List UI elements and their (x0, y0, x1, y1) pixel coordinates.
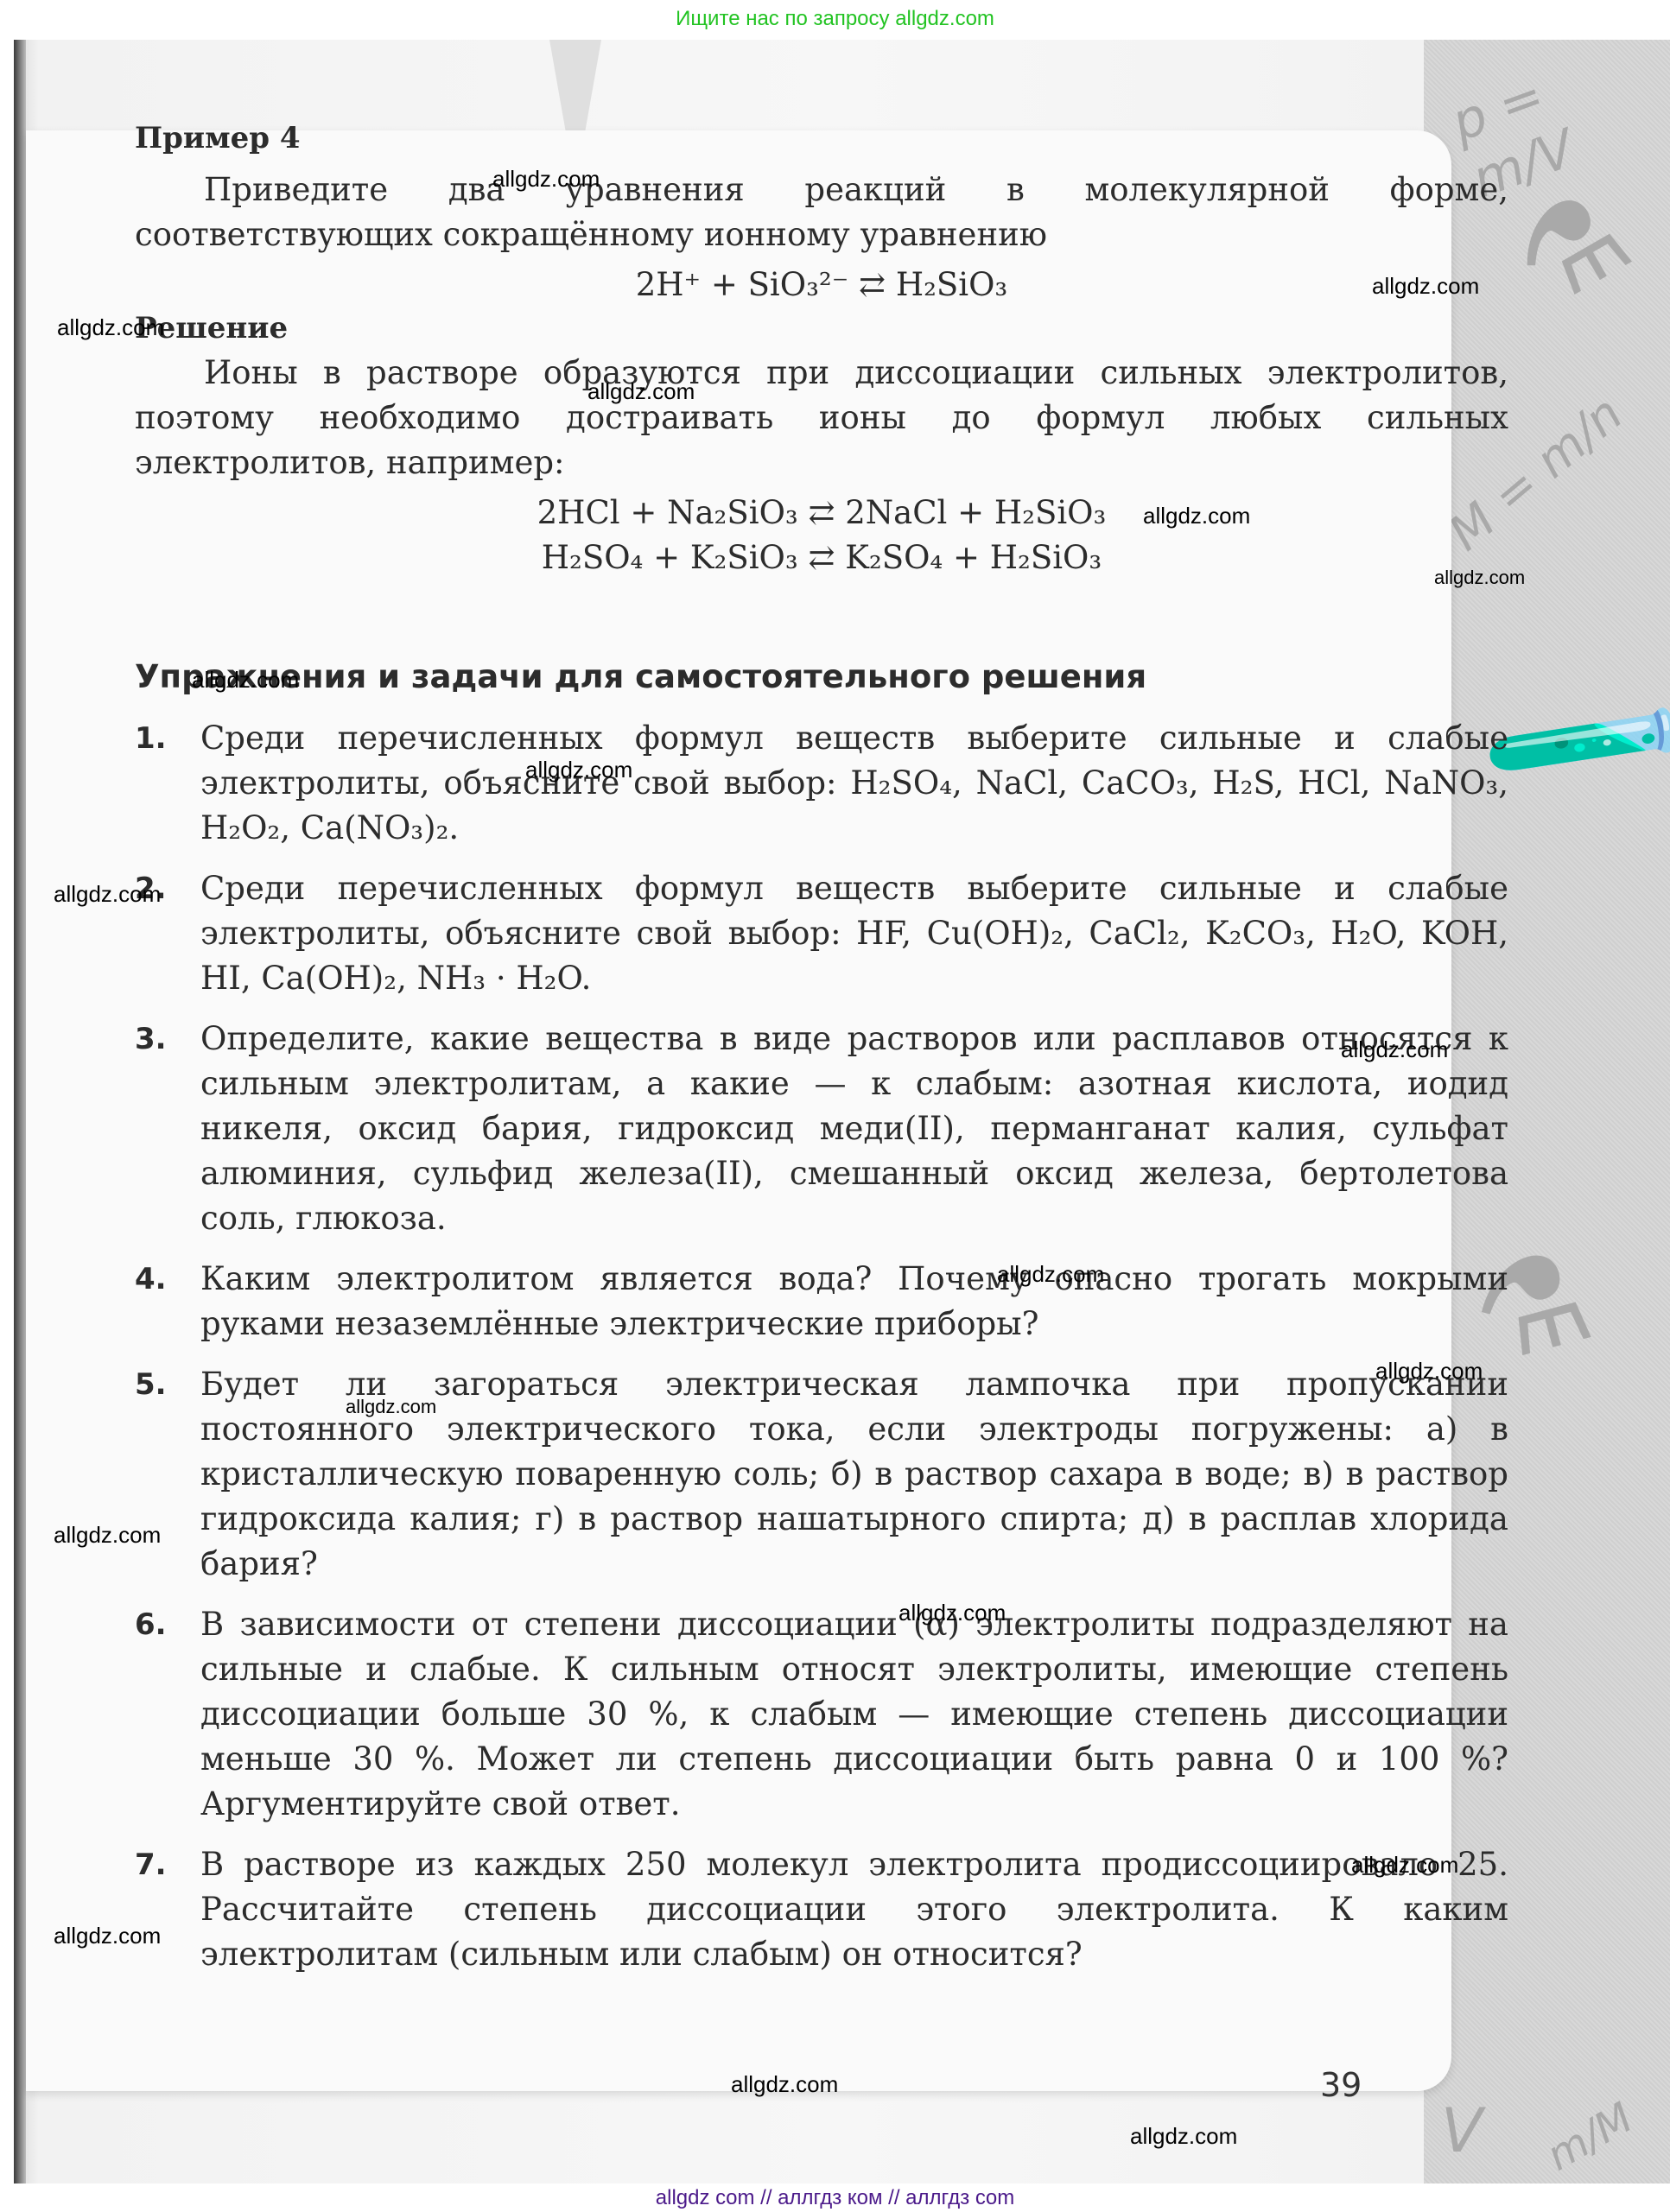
top-search-banner: Ищите нас по запросу allgdz.com (0, 0, 1670, 38)
watermark: allgdz.com (587, 378, 695, 405)
page-text: Пример 4 Приведите два уравнения реакций… (135, 121, 1508, 1993)
exercise-number: 1. (135, 716, 200, 851)
exercise-item: 7. В растворе из каждых 250 молекул элек… (135, 1842, 1508, 1977)
top-banner-text: Ищите нас по запросу allgdz.com (676, 7, 994, 30)
exercise-item: 3. Определите, какие вещества в виде рас… (135, 1017, 1508, 1241)
watermark: allgdz.com (1375, 1358, 1483, 1385)
ionic-equation: 2H⁺ + SiO₃²⁻ ⇄ H₂SiO₃ (135, 263, 1508, 307)
exercise-text: Среди перечисленных формул веществ выбер… (200, 866, 1508, 1001)
watermark: allgdz.com (192, 667, 299, 694)
volume-decoration: V (1441, 2095, 1483, 2166)
exercise-text: В зависимости от степени диссоциации (α)… (200, 1602, 1508, 1827)
bottom-banner-text: allgdz com // аллгдз ком // аллгдз com (656, 2186, 1014, 2209)
exercise-text: Среди перечисленных формул веществ выбер… (200, 716, 1508, 851)
exercise-text: В растворе из каждых 250 молекул электро… (200, 1842, 1508, 1977)
exercise-number: 6. (135, 1602, 200, 1827)
page-number: 39 (1320, 2066, 1362, 2104)
watermark: allgdz.com (898, 1600, 1006, 1626)
watermark: allgdz.com (346, 1396, 436, 1418)
molecular-equation-1: 2HCl + Na₂SiO₃ ⇄ 2NaCl + H₂SiO₃ (135, 491, 1508, 536)
watermark: allgdz.com (1372, 273, 1479, 300)
watermark: allgdz.com (54, 1923, 161, 1949)
exercises-title: Упражнения и задачи для самостоятельного… (135, 658, 1508, 695)
watermark: allgdz.com (492, 166, 600, 193)
watermark: allgdz.com (731, 2071, 838, 2098)
watermark: allgdz.com (1143, 503, 1250, 529)
exercise-item: 4. Каким электролитом является вода? Поч… (135, 1257, 1508, 1347)
example-title: Пример 4 (135, 121, 1508, 155)
ratio-decoration: m/M (1539, 2094, 1641, 2181)
watermark: allgdz.com (1130, 2123, 1237, 2150)
page-binding-edge (14, 40, 26, 2184)
watermark: allgdz.com (57, 314, 164, 341)
exercise-number: 7. (135, 1842, 200, 1977)
exercise-text: Каким электролитом является вода? Почему… (200, 1257, 1508, 1347)
example-prompt: Приведите два уравнения реакций в молеку… (135, 168, 1508, 257)
exercise-item: 1. Среди перечисленных формул веществ вы… (135, 716, 1508, 851)
exercise-number: 3. (135, 1017, 200, 1241)
exercise-text: Определите, какие вещества в виде раство… (200, 1017, 1508, 1241)
watermark: allgdz.com (525, 757, 632, 783)
bottom-banner: allgdz com // аллгдз ком // аллгдз com (0, 2183, 1670, 2212)
exercise-item: 6. В зависимости от степени диссоциации … (135, 1602, 1508, 1827)
solution-title: Решение (135, 311, 1508, 345)
watermark: allgdz.com (1341, 1036, 1448, 1063)
solution-text: Ионы в растворе образуются при диссоциац… (135, 351, 1508, 485)
exercise-item: 5. Будет ли загораться электрическая лам… (135, 1362, 1508, 1587)
exercise-item: 2. Среди перечисленных формул веществ вы… (135, 866, 1508, 1001)
watermark: allgdz.com (54, 1522, 161, 1549)
molecular-equation-2: H₂SO₄ + K₂SiO₃ ⇄ K₂SO₄ + H₂SiO₃ (135, 536, 1508, 580)
exercise-number: 5. (135, 1362, 200, 1587)
watermark: allgdz.com (54, 881, 161, 908)
exercise-number: 4. (135, 1257, 200, 1347)
watermark: allgdz.com (1434, 567, 1525, 589)
watermark: allgdz.com (997, 1261, 1104, 1288)
watermark: allgdz.com (1351, 1852, 1458, 1879)
